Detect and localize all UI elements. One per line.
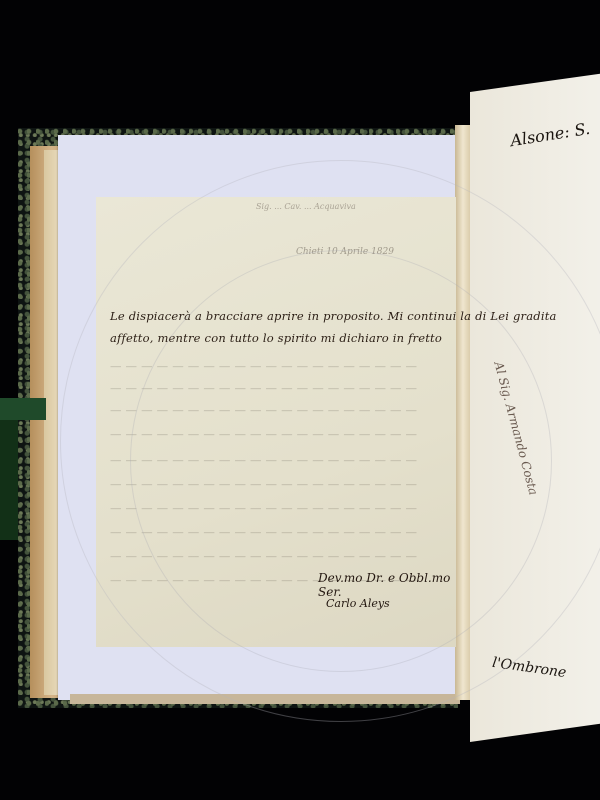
bookmark-ribbon: [0, 398, 46, 420]
bookmark-ribbon-tail: [0, 420, 18, 540]
watermark-circle-inner: [130, 250, 552, 672]
